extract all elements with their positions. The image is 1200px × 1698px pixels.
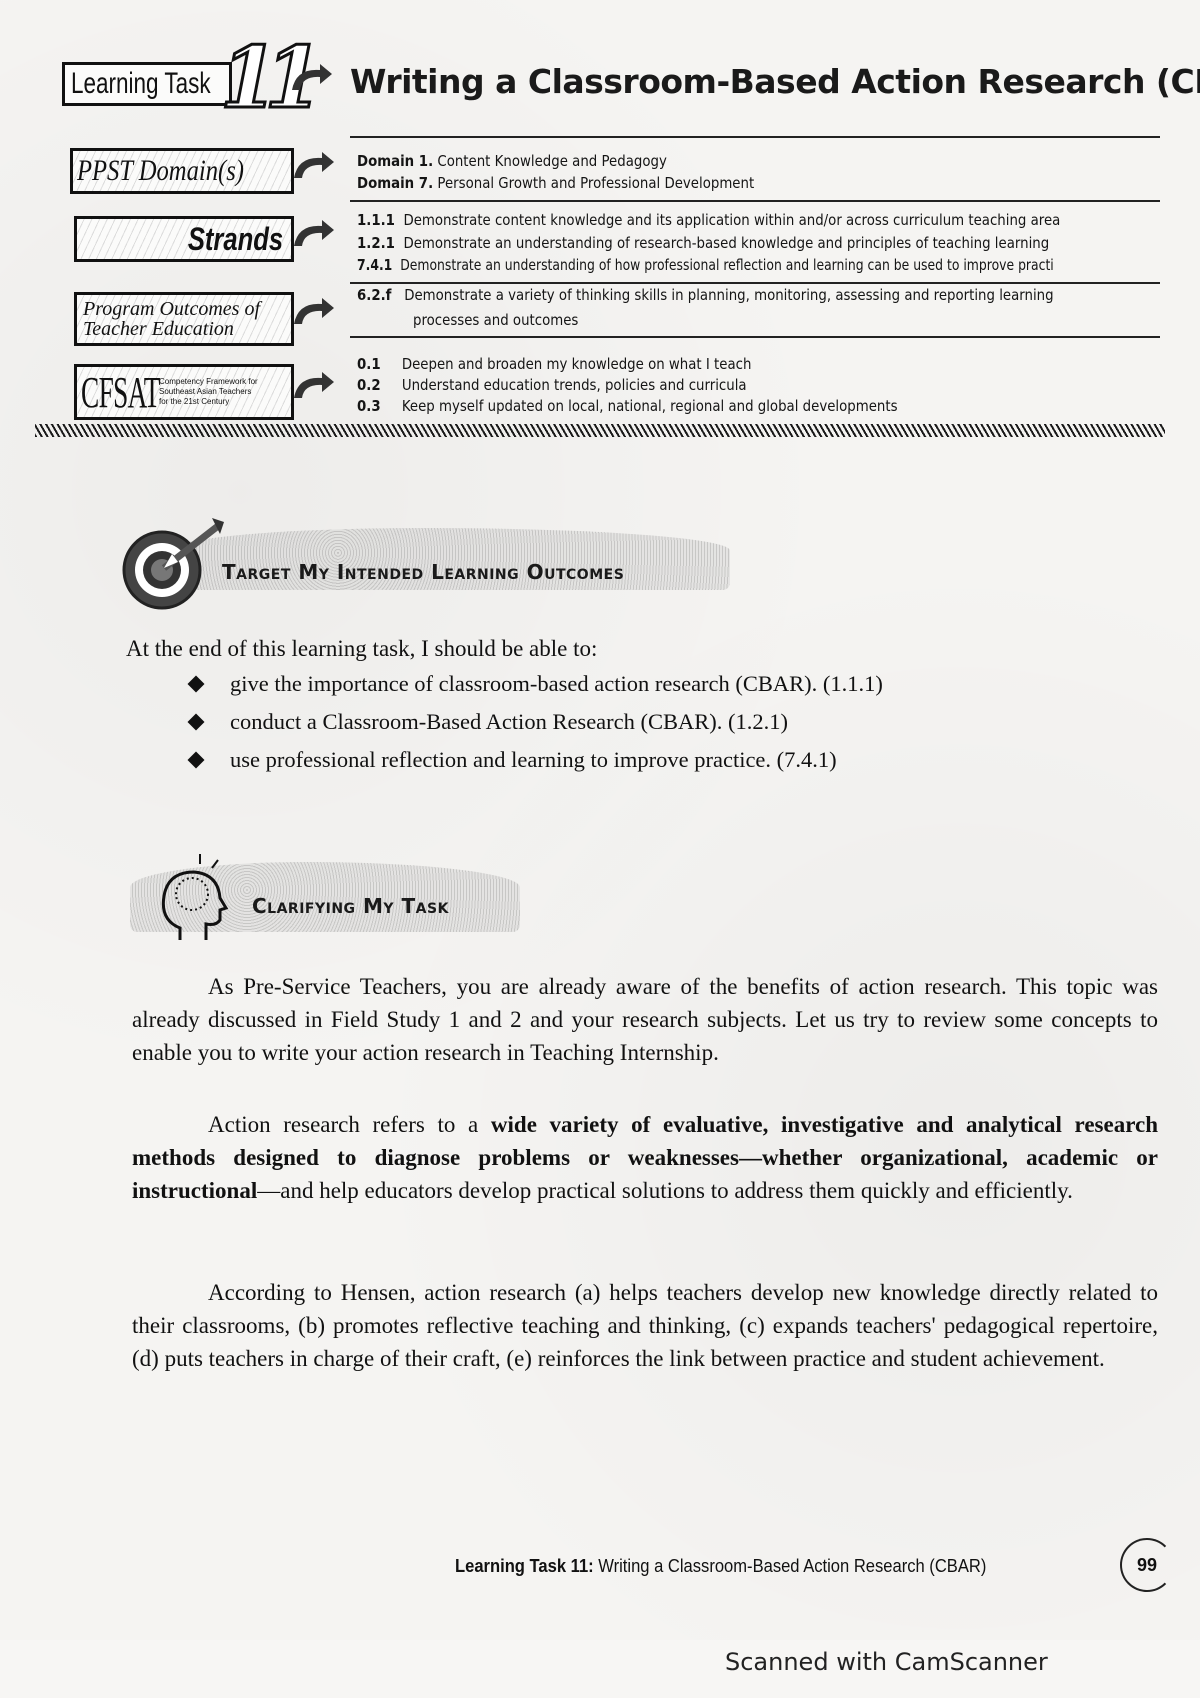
list-item: give the importance of classroom-based a… — [190, 665, 883, 703]
ppst-domain-7: Domain 7. Personal Growth and Profession… — [357, 176, 754, 192]
target-icon — [120, 512, 230, 612]
program-outcome-6-2-f: 6.2.f Demonstrate a variety of thinking … — [357, 288, 1054, 304]
section-divider-hatched — [35, 424, 1165, 437]
program-outcome-6-2-f-cont: processes and outcomes — [413, 313, 578, 329]
page-title: Writing a Classroom-Based Action Researc… — [350, 62, 1200, 101]
title-divider — [350, 136, 1160, 138]
clarifying-paragraph-3: According to Hensen, action research (a)… — [132, 1276, 1158, 1375]
outcomes-list: give the importance of classroom-based a… — [190, 665, 883, 779]
curved-arrow-icon — [290, 62, 334, 92]
strand-1-1-1: 1.1.1 Demonstrate content knowledge and … — [357, 213, 1060, 229]
program-outcomes-label: Program Outcomes of Teacher Education — [74, 292, 294, 346]
cfsat-0-2: 0.2 Understand education trends, policie… — [357, 378, 747, 394]
strands-divider — [350, 282, 1160, 284]
document-page: Learning Task 11 Writing a Classroom-Bas… — [0, 0, 1200, 1640]
list-item: conduct a Classroom-Based Action Researc… — [190, 703, 883, 741]
clarifying-banner-title: Clarifying My Task — [252, 894, 449, 918]
list-item: use professional reflection and learning… — [190, 741, 883, 779]
head-thinking-icon — [150, 850, 240, 950]
outcomes-intro: At the end of this learning task, I shou… — [126, 632, 597, 665]
page-number: 99 — [1120, 1538, 1174, 1592]
curved-arrow-icon — [292, 370, 336, 400]
cfsat-0-3: 0.3 Keep myself updated on local, nation… — [357, 399, 898, 415]
strand-7-4-1: 7.4.1 Demonstrate an understanding of ho… — [357, 258, 1054, 274]
curved-arrow-icon — [292, 150, 336, 180]
curved-arrow-icon — [292, 296, 336, 326]
outcomes-banner-title: Target My Intended Learning Outcomes — [222, 560, 624, 584]
strand-1-2-1: 1.2.1 Demonstrate an understanding of re… — [357, 236, 1049, 252]
ppst-divider — [350, 200, 1160, 202]
diamond-bullet-icon — [188, 676, 205, 693]
diamond-bullet-icon — [188, 714, 205, 731]
cfsat-label: CFSAT Competency Framework for Southeast… — [74, 364, 294, 420]
page-footer: Learning Task 11: Writing a Classroom-Ba… — [455, 1556, 986, 1577]
cfsat-0-1: 0.1 Deepen and broaden my knowledge on w… — [357, 357, 751, 373]
curved-arrow-icon — [292, 218, 336, 248]
scanner-watermark: Scanned with CamScanner — [725, 1648, 1048, 1676]
clarifying-paragraph-2: Action research refers to a wide variety… — [132, 1108, 1158, 1207]
cfsat-subtitle: Competency Framework for Southeast Asian… — [159, 377, 258, 407]
strands-label: Strands — [74, 216, 294, 262]
ppst-domain-1: Domain 1. Content Knowledge and Pedagogy — [357, 154, 667, 170]
clarifying-paragraph-1: As Pre-Service Teachers, you are already… — [132, 970, 1158, 1069]
program-outcomes-divider — [350, 336, 1160, 338]
learning-task-label: Learning Task — [62, 62, 232, 106]
diamond-bullet-icon — [188, 752, 205, 769]
ppst-domain-label: PPST Domain(s) — [70, 148, 294, 194]
